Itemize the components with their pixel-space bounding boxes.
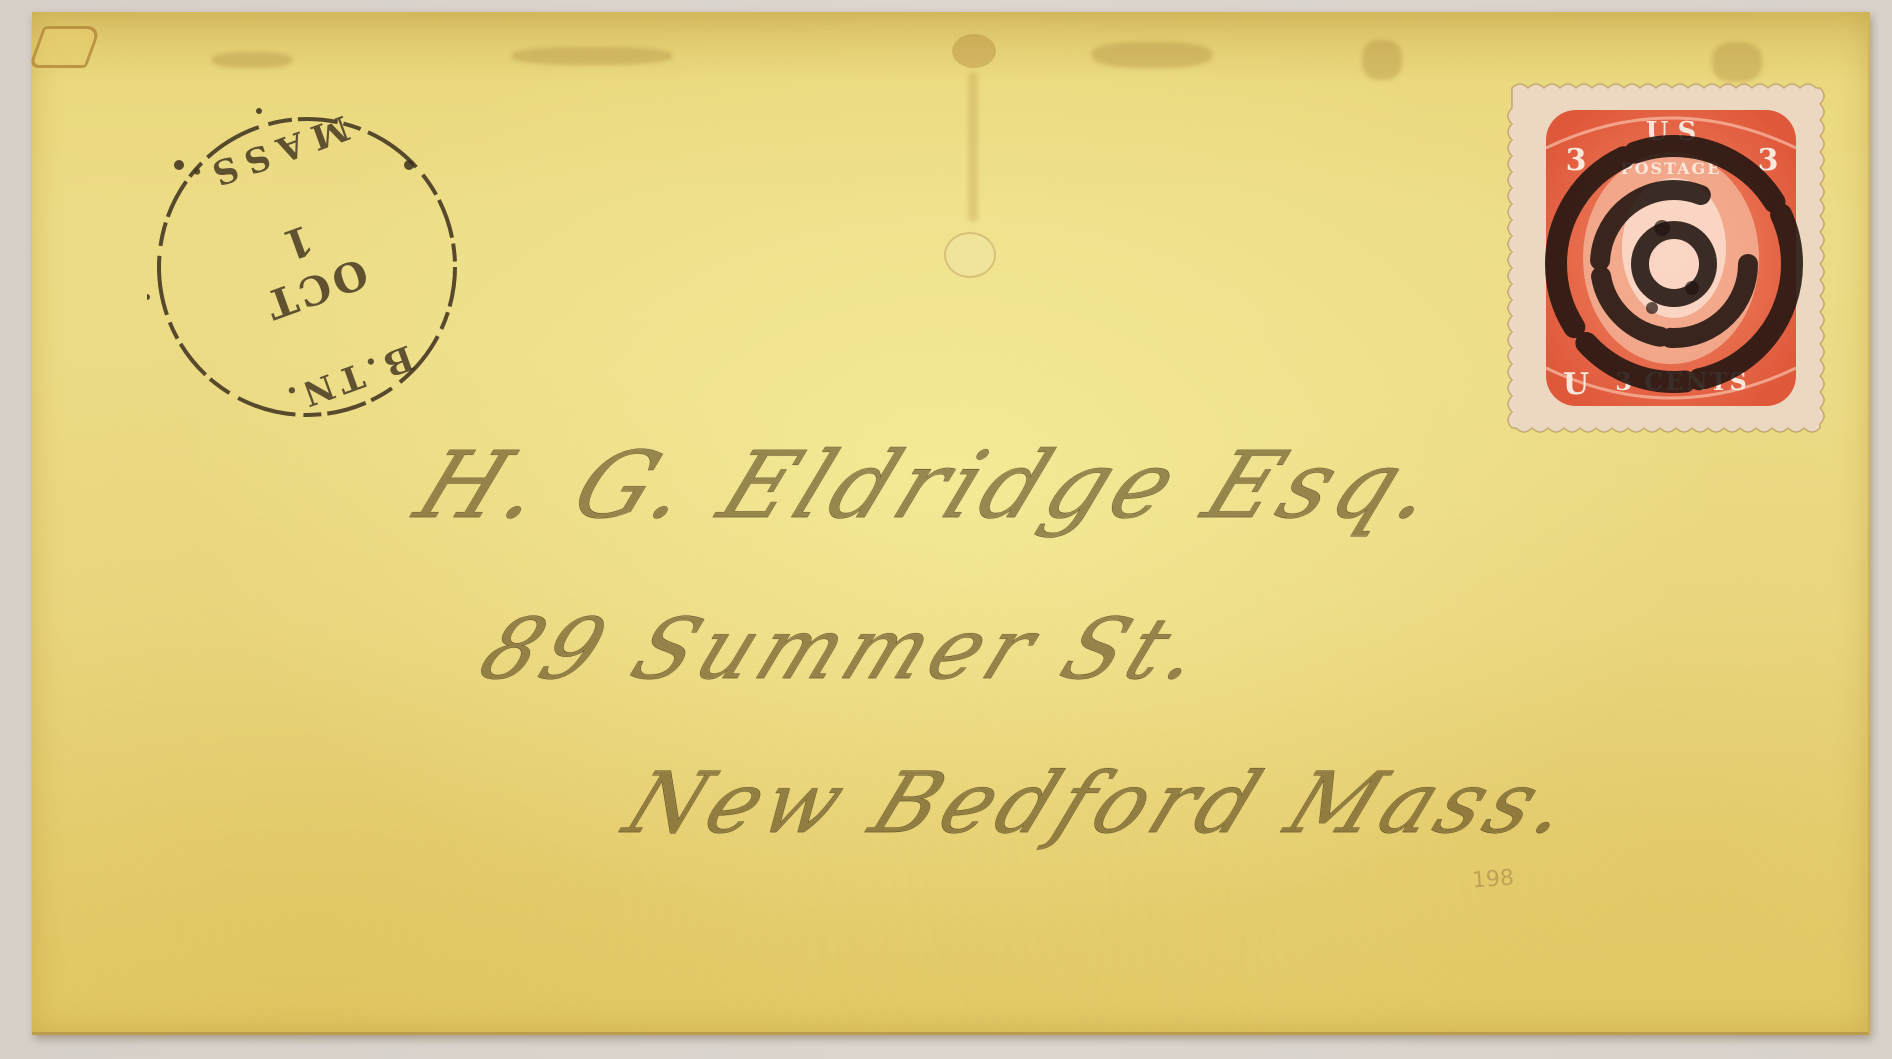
pencil-note: 198 xyxy=(1471,866,1515,894)
address-street: 89 Summer St. xyxy=(467,600,1224,698)
top-stain-mark xyxy=(1092,42,1212,68)
top-edge-stain xyxy=(32,12,1868,82)
seal-drip xyxy=(968,72,978,222)
address-city: New Bedford Mass. xyxy=(612,754,1592,852)
postage-stamp: U S 3 3 POSTAGE U 3 CENTS xyxy=(1502,78,1832,438)
postmark-day: 1 xyxy=(277,215,319,269)
top-stain-mark xyxy=(1362,40,1402,80)
seal-blot xyxy=(944,232,996,278)
seal-mark xyxy=(952,34,996,68)
top-stain-mark xyxy=(1712,42,1762,82)
top-stain-mark xyxy=(512,47,672,65)
postmark-state: MASS. xyxy=(178,107,354,204)
top-stain-mark xyxy=(212,52,292,68)
postmark: B.TN. OCT 1 MASS. xyxy=(147,107,467,427)
address-name: H. G. Eldridge Esq. xyxy=(402,432,1460,539)
envelope: B.TN. OCT 1 MASS. xyxy=(32,12,1870,1035)
stamp-corner-letter: U xyxy=(1563,367,1589,402)
